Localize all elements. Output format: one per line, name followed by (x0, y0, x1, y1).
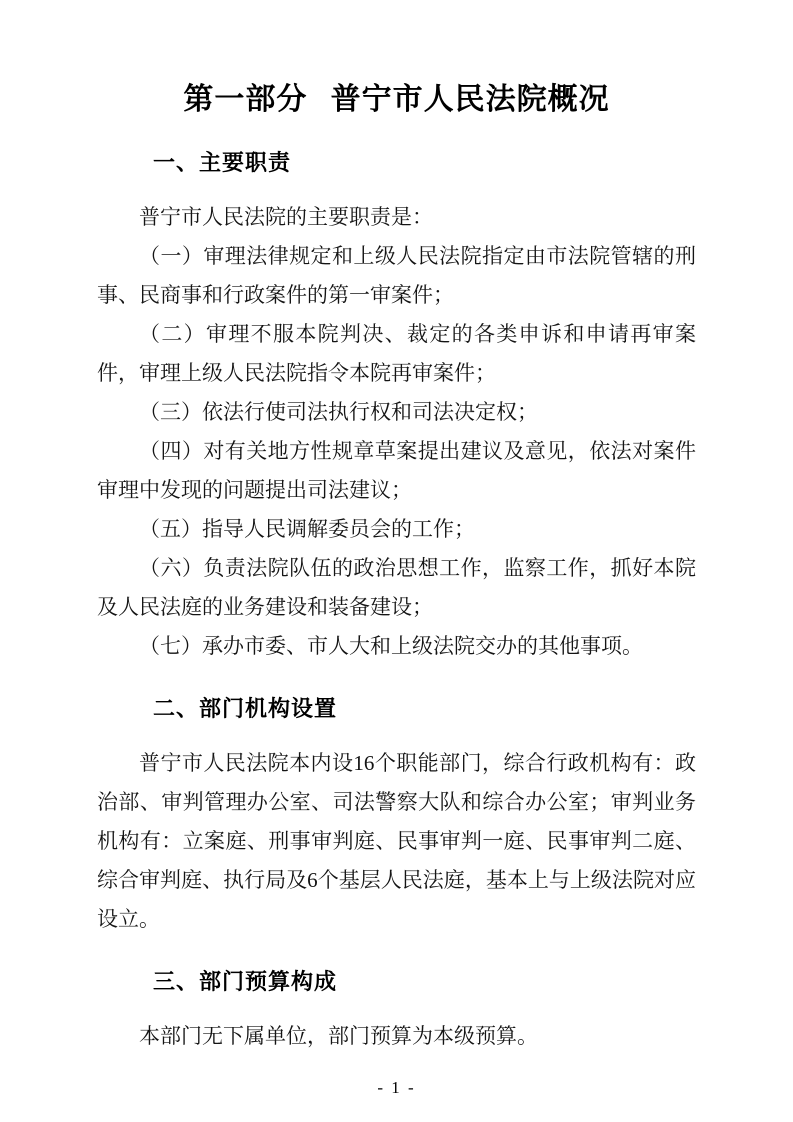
section-heading-budget-composition: 三、部门预算构成 (97, 967, 696, 997)
paragraph: （四）对有关地方性规章草案提出建议及意见，依法对案件审理中发现的问题提出司法建议… (97, 432, 696, 510)
document-page: 第一部分 普宁市人民法院概况 一、主要职责 普宁市人民法院的主要职责是： （一）… (0, 0, 793, 1122)
section-budget-composition: 三、部门预算构成 本部门无下属单位，部门预算为本级预算。 (97, 967, 696, 1056)
paragraph: （七）承办市委、市人大和上级法院交办的其他事项。 (97, 627, 696, 666)
section-heading-main-duties: 一、主要职责 (97, 148, 696, 178)
paragraph: （二）审理不服本院判决、裁定的各类申诉和申请再审案件，审理上级人民法院指令本院再… (97, 315, 696, 393)
paragraph: 普宁市人民法院本内设16个职能部门，综合行政机构有：政治部、审判管理办公室、司法… (97, 744, 696, 939)
document-title: 第一部分 普宁市人民法院概况 (97, 80, 696, 120)
paragraph: 普宁市人民法院的主要职责是： (97, 198, 696, 237)
paragraph: （六）负责法院队伍的政治思想工作，监察工作，抓好本院及人民法庭的业务建设和装备建… (97, 549, 696, 627)
section-heading-org-structure: 二、部门机构设置 (97, 694, 696, 724)
page-number: - 1 - (0, 1078, 793, 1098)
section-main-duties: 一、主要职责 普宁市人民法院的主要职责是： （一）审理法律规定和上级人民法院指定… (97, 148, 696, 666)
paragraph: （一）审理法律规定和上级人民法院指定由市法院管辖的刑事、民商事和行政案件的第一审… (97, 237, 696, 315)
paragraph: （三）依法行使司法执行权和司法决定权； (97, 393, 696, 432)
paragraph: 本部门无下属单位，部门预算为本级预算。 (97, 1017, 696, 1056)
section-org-structure: 二、部门机构设置 普宁市人民法院本内设16个职能部门，综合行政机构有：政治部、审… (97, 694, 696, 939)
paragraph: （五）指导人民调解委员会的工作； (97, 510, 696, 549)
